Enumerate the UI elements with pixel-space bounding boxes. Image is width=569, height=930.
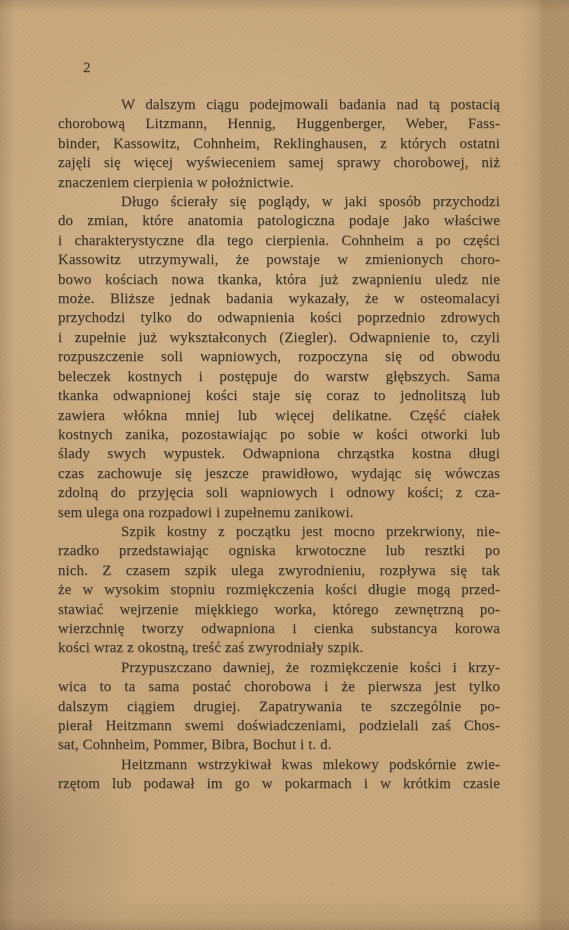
text-line: sat, Cohnheim, Pommer, Bibra, Bochut i t…: [58, 736, 500, 755]
paragraph: Heitzmann wstrzykiwał kwas mlekowy podsk…: [58, 756, 500, 795]
text-line: że w wysokim stopniu rozmiękczenia kości…: [58, 581, 500, 600]
text-line: przychodzi tylko do odwapnienia kości po…: [58, 309, 500, 328]
text-line: pierał Heitzmann swemi doświadczeniami, …: [58, 717, 500, 736]
paragraph: Szpik kostny z początku jest mocno przek…: [58, 523, 500, 659]
text-line: bowo kościach nowa tkanka, która już zwa…: [58, 271, 500, 290]
text-line: Długo ścierały się poglądy, w jaki sposó…: [58, 193, 500, 212]
text-line: i charakterystyczne dla tego cierpienia.…: [58, 232, 500, 251]
paragraph: Długo ścierały się poglądy, w jaki sposó…: [58, 193, 500, 523]
text-line: zajęli się więcej wyświeceniem samej spr…: [58, 154, 500, 173]
text-line: W dalszym ciągu podejmowali badania nad …: [58, 96, 500, 115]
text-line: ślady swych wypustek. Odwapniona chrząst…: [58, 445, 500, 464]
paragraph: W dalszym ciągu podejmowali badania nad …: [58, 96, 500, 193]
text-line: czas zachowuje się jeszcze prawidłowo, w…: [58, 465, 500, 484]
text-line: rozpuszczenie soli wapniowych, rozpoczyn…: [58, 348, 500, 367]
text-line: kostnych zanika, pozostawiając po sobie …: [58, 426, 500, 445]
text-line: rzętom lub podawał im go w pokarmach i w…: [58, 775, 500, 794]
text-line: może. Bliższe jednak badania wykazały, ż…: [58, 290, 500, 309]
text-line: do zmian, które anatomia patologiczna po…: [58, 212, 500, 231]
text-line: nich. Z czasem szpik ulega zwyrodnieniu,…: [58, 562, 500, 581]
text-block: W dalszym ciągu podejmowali badania nad …: [58, 96, 500, 795]
text-line: kości wraz z okostną, treść zaś zwyrodni…: [58, 639, 500, 658]
scanned-book-page: 2 W dalszym ciągu podejmowali badania na…: [0, 0, 569, 930]
text-line: tkanka odwapnionej kości staje się coraz…: [58, 387, 500, 406]
text-line: i zupełnie już wykształconych (Ziegler).…: [58, 329, 500, 348]
text-line: stawiać wejrzenie miękkiego worka, które…: [58, 601, 500, 620]
text-line: sem ulega ona rozpadowi i zupełnemu zani…: [58, 504, 500, 523]
paragraph: Przypuszczano dawniej, że rozmiękczenie …: [58, 659, 500, 756]
text-line: binder, Kassowitz, Cohnheim, Reklinghaus…: [58, 135, 500, 154]
text-line: Szpik kostny z początku jest mocno przek…: [58, 523, 500, 542]
text-line: dalszym ciągiem drugiej. Zapatrywania te…: [58, 698, 500, 717]
text-line: zawiera włókna mniej lub więcej delikatn…: [58, 407, 500, 426]
text-line: wierzchnię tworzy odwapniona i cienka su…: [58, 620, 500, 639]
text-line: rzadko przedstawiając ogniska krwotoczne…: [58, 542, 500, 561]
text-line: znaczeniem cierpienia w położnictwie.: [58, 174, 500, 193]
text-line: chorobową Litzmann, Hennig, Huggenberger…: [58, 115, 500, 134]
page-number: 2: [83, 60, 91, 77]
text-line: Kassowitz utrzymywali, że powstaje w zmi…: [58, 251, 500, 270]
text-line: beleczek kostnych i postępuje do warstw …: [58, 368, 500, 387]
text-line: zdolną do przyjęcia soli wapniowych i od…: [58, 484, 500, 503]
text-line: wica to ta sama postać chorobowa i że pi…: [58, 678, 500, 697]
text-line: Przypuszczano dawniej, że rozmiękczenie …: [58, 659, 500, 678]
text-line: Heitzmann wstrzykiwał kwas mlekowy podsk…: [58, 756, 500, 775]
